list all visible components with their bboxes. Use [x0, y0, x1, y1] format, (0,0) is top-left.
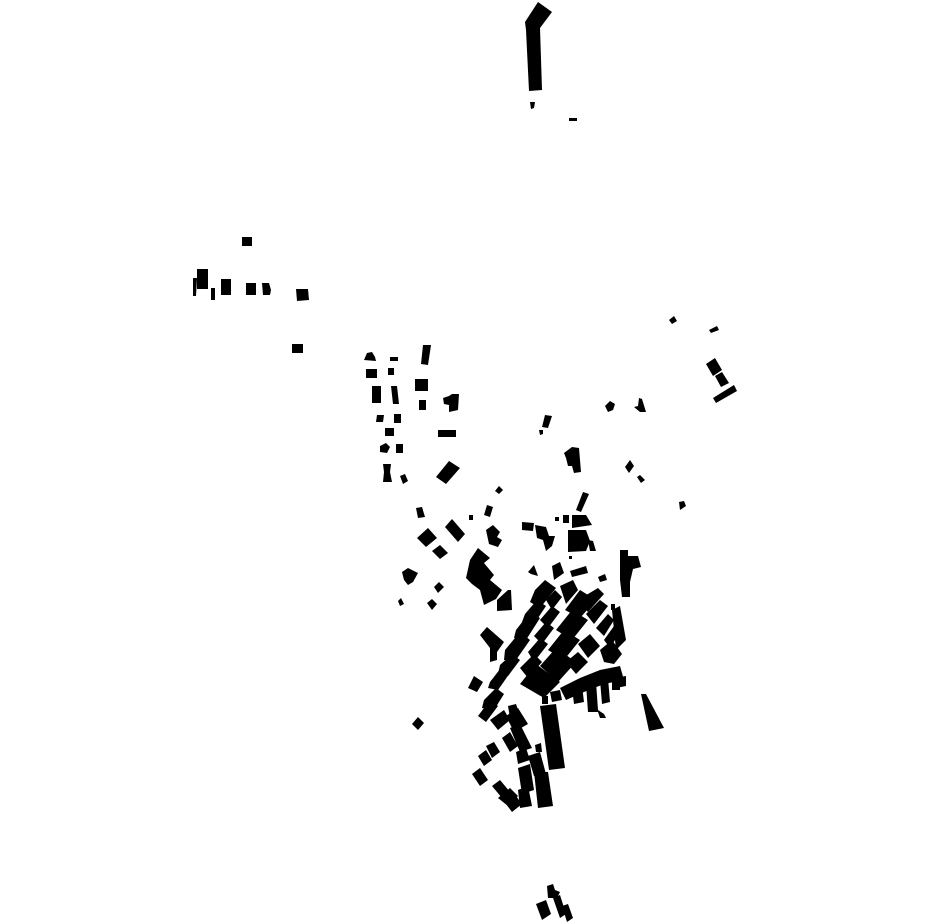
- figure-ground-map: [0, 0, 930, 924]
- map-canvas: [0, 0, 930, 924]
- map-background: [0, 0, 930, 924]
